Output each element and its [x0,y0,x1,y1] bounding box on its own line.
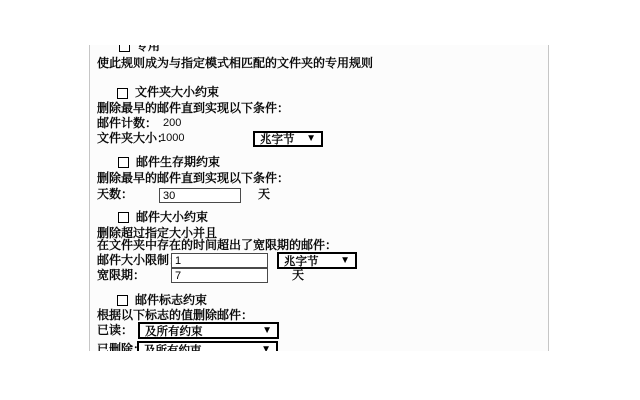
grace-period-input[interactable] [171,268,268,283]
read-flag-label: 已读： [97,324,133,337]
message-size-description-line2: 在文件夹中存在的时间超出了宽限期的邮件： [97,239,337,252]
flag-description: 根据以下标志的值删除邮件： [97,309,253,322]
folder-size-description: 删除最早的邮件直到实现以下条件： [97,102,289,115]
exclusive-description: 使此规则成为与指定模式相匹配的文件夹的专用规则 [97,57,373,70]
chevron-down-icon: ▼ [262,326,272,336]
message-flag-constraint-checkbox[interactable] [117,295,128,306]
message-age-constraint-checkbox[interactable] [118,157,129,168]
folder-size-constraint-label: 文件夹大小约束 [135,86,219,99]
grace-period-label: 宽限期： [97,269,145,282]
deleted-flag-value: 及所有约束 [144,342,202,352]
chevron-down-icon: ▼ [306,134,316,144]
message-flag-constraint-label: 邮件标志约束 [135,294,207,307]
grace-period-unit-label: 天 [292,269,304,282]
folder-size-constraint-checkbox[interactable] [117,88,128,99]
read-flag-dropdown[interactable]: 及所有约束 ▼ [138,322,279,339]
message-size-constraint-checkbox[interactable] [118,212,129,223]
message-size-constraint-label: 邮件大小约束 [136,211,208,224]
rule-settings-panel: 专用 使此规则成为与指定模式相匹配的文件夹的专用规则 文件夹大小约束 删除最早的… [89,45,549,351]
days-input[interactable] [159,188,241,203]
folder-size-unit-value: 兆字节 [260,131,295,147]
message-age-constraint-label: 邮件生存期约束 [136,156,220,169]
size-limit-unit-dropdown[interactable]: 兆字节 ▼ [277,252,357,269]
size-limit-input[interactable] [171,253,268,268]
exclusive-checkbox-label: 专用 [136,45,160,53]
exclusive-checkbox[interactable] [119,45,130,52]
folder-size-value[interactable]: 1000 [160,132,184,145]
chevron-down-icon: ▼ [261,345,271,352]
message-count-label: 邮件计数： [97,117,157,130]
read-flag-value: 及所有约束 [145,323,203,339]
deleted-flag-dropdown[interactable]: 及所有约束 ▼ [137,341,278,351]
message-age-description: 删除最早的邮件直到实现以下条件： [97,172,289,185]
days-label: 天数： [97,188,133,201]
days-unit-label: 天 [258,188,270,201]
size-limit-unit-value: 兆字节 [284,253,319,269]
message-count-value[interactable]: 200 [163,117,181,130]
chevron-down-icon: ▼ [340,256,350,266]
folder-size-unit-dropdown[interactable]: 兆字节 ▼ [253,131,323,147]
size-limit-label: 邮件大小限制： [97,254,181,267]
folder-size-label: 文件夹大小： [97,132,169,145]
